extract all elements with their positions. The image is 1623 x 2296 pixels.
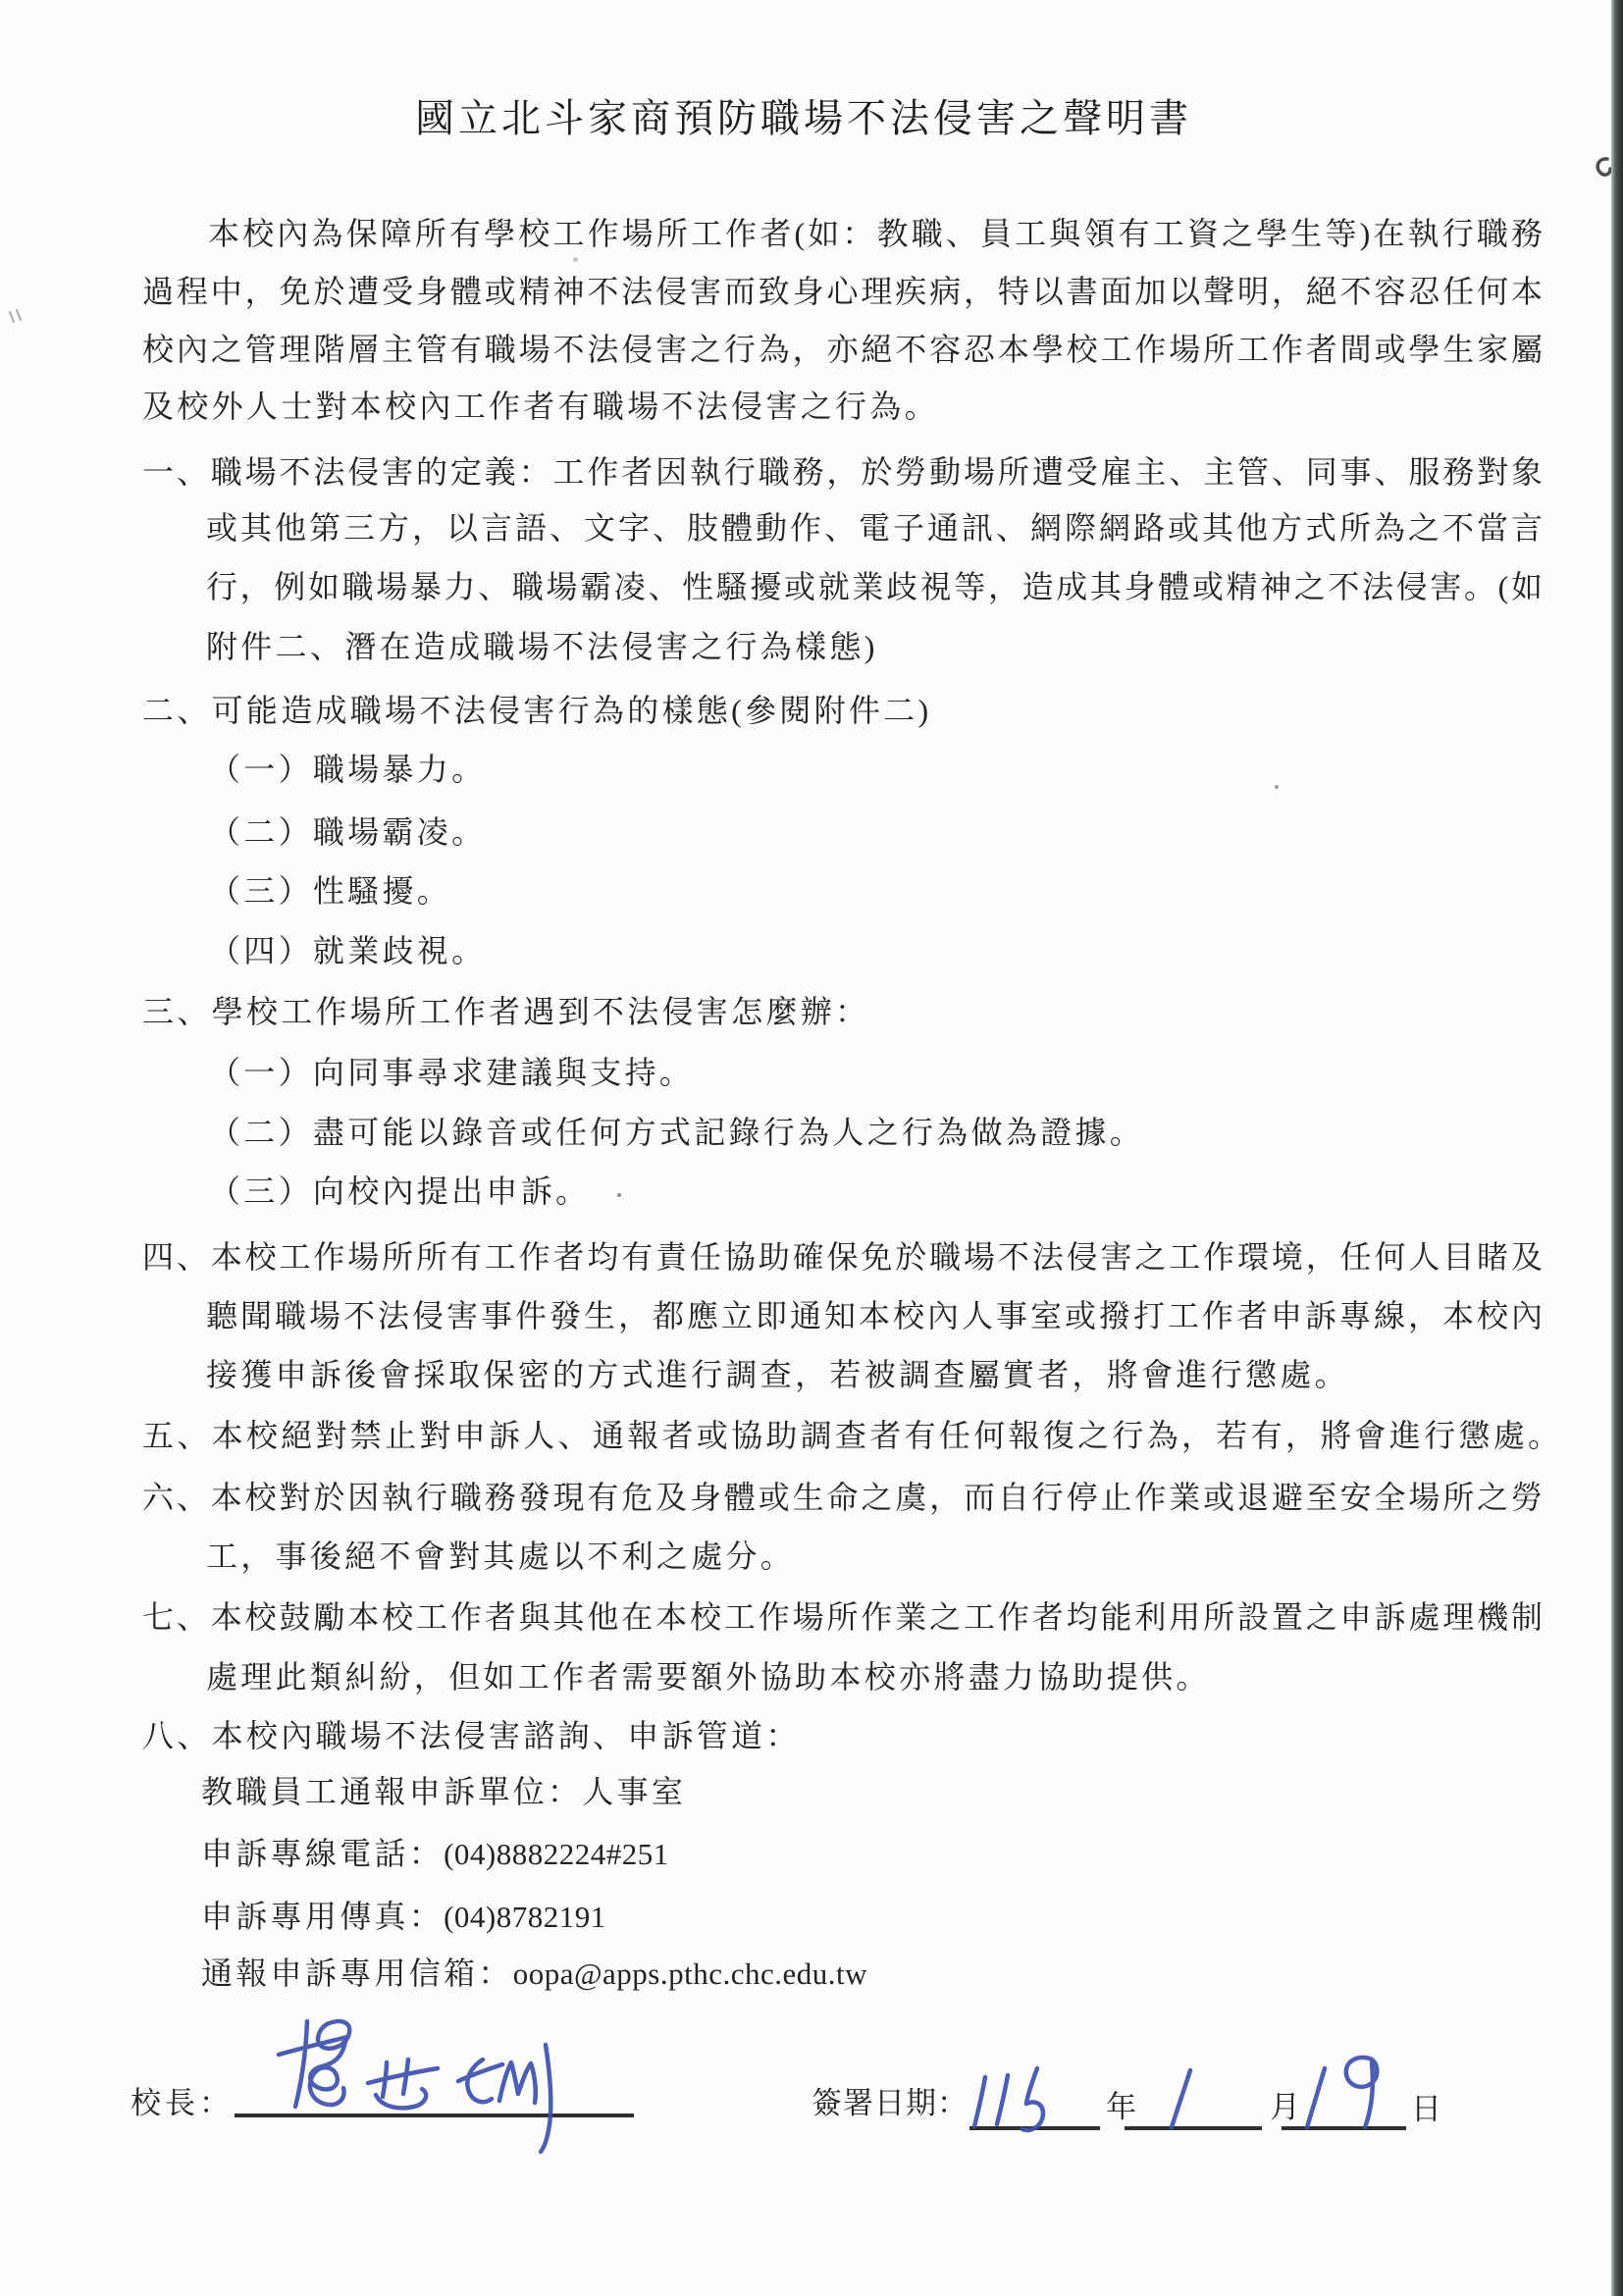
- contact-phone-label: 申訴專線電話：: [201, 1836, 444, 1871]
- section-2-item: （二）職場霸凌。: [209, 810, 486, 854]
- scan-speck: [617, 1193, 621, 1197]
- scan-speck: [1275, 785, 1279, 789]
- scan-artifact-curl: [1597, 159, 1610, 175]
- section-6-line: 六、本校對於因執行職務發現有危及身體或生命之虞，而自行停止作業或退避至安全場所之…: [142, 1476, 1543, 1519]
- section-1-line: 行，例如職場暴力、職場霸凌、性騷擾或就業歧視等，造成其身體或精神之不法侵害。(如: [206, 565, 1543, 608]
- month-blank-line: [1125, 2126, 1262, 2130]
- section-7-line: 七、本校鼓勵本校工作者與其他在本校工作場所作業之工作者均能利用所設置之申訴處理機…: [142, 1595, 1543, 1639]
- day-blank-line: [1282, 2126, 1406, 2130]
- section-2-item: （一）職場暴力。: [209, 748, 486, 791]
- principal-signature-line: [235, 2113, 634, 2117]
- contact-email-line: 通報申訴專用信箱：oopa@apps.pthc.chc.edu.tw: [201, 1952, 867, 1995]
- year-unit: 年: [1106, 2088, 1140, 2127]
- scan-artifact-ticks: [10, 310, 21, 322]
- section-7-line: 處理此類糾紛，但如工作者需要額外協助本校亦將盡力協助提供。: [206, 1655, 1211, 1698]
- year-blank-line: [969, 2126, 1100, 2130]
- contact-email-value: oopa@apps.pthc.chc.edu.tw: [513, 1957, 867, 1991]
- scanner-edge-strip: [1611, 0, 1623, 2296]
- section-1-line: 一、職場不法侵害的定義：工作者因執行職務，於勞動場所遭受雇主、主管、同事、服務對…: [142, 450, 1543, 494]
- signing-date-label: 簽署日期：: [811, 2084, 969, 2123]
- contact-fax-value: (04)8782191: [444, 1900, 606, 1934]
- section-8-header: 八、本校內職場不法侵害諮詢、申訴管道：: [142, 1714, 801, 1757]
- date-ink-year: [974, 2077, 985, 2126]
- scan-speck: [573, 257, 578, 262]
- section-4-line: 四、本校工作場所所有工作者均有責任協助確保免於職場不法侵害之工作環境，任何人目睹…: [142, 1235, 1543, 1278]
- contact-email-label: 通報申訴專用信箱：: [201, 1956, 513, 1991]
- contact-fax-label: 申訴專用傳真：: [201, 1899, 444, 1934]
- section-2-item: （四）就業歧視。: [209, 929, 486, 972]
- page-title: 國立北斗家商預防職場不法侵害之聲明書: [415, 94, 1192, 143]
- date-ink-day: [1307, 2068, 1325, 2127]
- section-5-line: 五、本校絕對禁止對申訴人、通報者或協助調查者有任何報復之行為，若有，將會進行懲處…: [142, 1414, 1562, 1457]
- paragraph-line: 校內之管理階層主管有職場不法侵害之行為，亦絕不容忍本學校工作場所工作者間或學生家…: [142, 328, 1543, 371]
- contact-unit-line: 教職員工通報申訴單位：人事室: [201, 1770, 686, 1813]
- section-4-line: 接獲申訴後會採取保密的方式進行調查，若被調查屬實者，將會進行懲處。: [206, 1353, 1349, 1396]
- month-unit: 月: [1270, 2088, 1304, 2127]
- signature-ink-char2: [383, 2062, 387, 2097]
- section-6-line: 工，事後絕不會對其處以不利之處分。: [206, 1535, 795, 1578]
- date-ink-month: [1172, 2070, 1190, 2127]
- contact-phone-line: 申訴專線電話：(04)8882224#251: [201, 1832, 669, 1875]
- section-1-line: 附件二、潛在造成職場不法侵害之行為樣態): [206, 625, 878, 668]
- paragraph-line: 及校外人士對本校內工作者有職場不法侵害之行為。: [142, 385, 939, 428]
- section-3-item: （二）盡可能以錄音或任何方式記錄行為人之行為做為證據。: [209, 1111, 1144, 1154]
- section-2-header: 二、可能造成職場不法侵害行為的樣態(參閱附件二): [142, 689, 932, 732]
- section-2-item: （三）性騷擾。: [209, 869, 451, 913]
- section-3-item: （一）向同事尋求建議與支持。: [209, 1051, 694, 1094]
- section-4-line: 聽聞職場不法侵害事件發生，都應立即通知本校內人事室或撥打工作者申訴專線，本校內: [206, 1294, 1543, 1337]
- signature-ink-char3: [467, 2060, 492, 2102]
- paragraph-line: 過程中，免於遭受身體或精神不法侵害而致身心理疾病，特以書面加以聲明，絕不容忍任何…: [142, 270, 1543, 313]
- scanned-statement-page: 國立北斗家商預防職場不法侵害之聲明書 本校內為保障所有學校工作場所工作者(如：教…: [0, 0, 1623, 2296]
- section-1-line: 或其他第三方，以言語、文字、肢體動作、電子通訊、網際網路或其他方式所為之不當言: [206, 506, 1543, 549]
- section-3-item: （三）向校內提出申訴。: [209, 1170, 590, 1213]
- principal-label: 校長：: [131, 2084, 234, 2123]
- contact-phone-value: (04)8882224#251: [444, 1837, 669, 1871]
- signature-ink-char1: [295, 2021, 307, 2107]
- paragraph-line: 本校內為保障所有學校工作場所工作者(如：教職、員工與領有工資之學生等)在執行職務: [208, 212, 1543, 255]
- section-3-header: 三、學校工作場所工作者遇到不法侵害怎麼辦：: [142, 990, 869, 1033]
- contact-fax-line: 申訴專用傳真：(04)8782191: [201, 1895, 606, 1938]
- day-unit: 日: [1411, 2090, 1445, 2129]
